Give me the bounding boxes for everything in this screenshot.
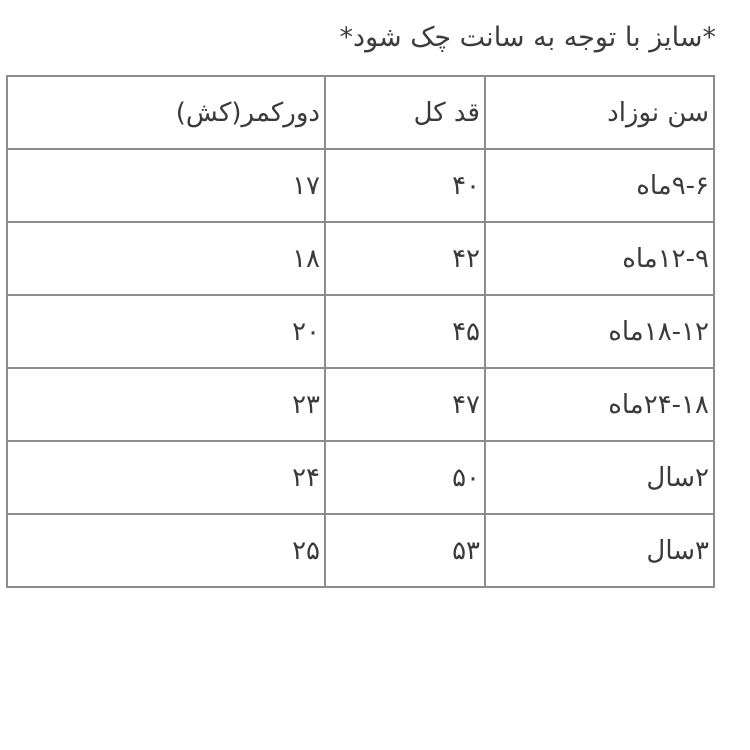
table-header-row: سن نوزاد قد کل دورکمر(کش) [7, 76, 714, 149]
cell-age: ۳سال [485, 514, 714, 587]
cell-height: ۴۵ [325, 295, 485, 368]
cell-age: ۱۸-۱۲ماه [485, 295, 714, 368]
cell-waist: ۲۳ [7, 368, 325, 441]
cell-height: ۴۰ [325, 149, 485, 222]
cell-age: ۱۲-۹ماه [485, 222, 714, 295]
table-row: ۲۴-۱۸ماه ۴۷ ۲۳ [7, 368, 714, 441]
cell-waist: ۲۴ [7, 441, 325, 514]
cell-age: ۲۴-۱۸ماه [485, 368, 714, 441]
size-check-note: *سایز با توجه به سانت چک شود* [340, 14, 716, 62]
header-baby-age: سن نوزاد [485, 76, 714, 149]
cell-height: ۴۲ [325, 222, 485, 295]
cell-waist: ۲۰ [7, 295, 325, 368]
table-row: ۲سال ۵۰ ۲۴ [7, 441, 714, 514]
cell-age: ۹-۶ماه [485, 149, 714, 222]
cell-age: ۲سال [485, 441, 714, 514]
cell-height: ۵۳ [325, 514, 485, 587]
header-total-height: قد کل [325, 76, 485, 149]
cell-waist: ۱۷ [7, 149, 325, 222]
cell-waist: ۲۵ [7, 514, 325, 587]
table-row: ۹-۶ماه ۴۰ ۱۷ [7, 149, 714, 222]
table-row: ۳سال ۵۳ ۲۵ [7, 514, 714, 587]
cell-height: ۴۷ [325, 368, 485, 441]
table-row: ۱۲-۹ماه ۴۲ ۱۸ [7, 222, 714, 295]
cell-waist: ۱۸ [7, 222, 325, 295]
cell-height: ۵۰ [325, 441, 485, 514]
header-waist-elastic: دورکمر(کش) [7, 76, 325, 149]
table-row: ۱۸-۱۲ماه ۴۵ ۲۰ [7, 295, 714, 368]
size-chart-table: سن نوزاد قد کل دورکمر(کش) ۹-۶ماه ۴۰ ۱۷ ۱… [6, 75, 715, 588]
